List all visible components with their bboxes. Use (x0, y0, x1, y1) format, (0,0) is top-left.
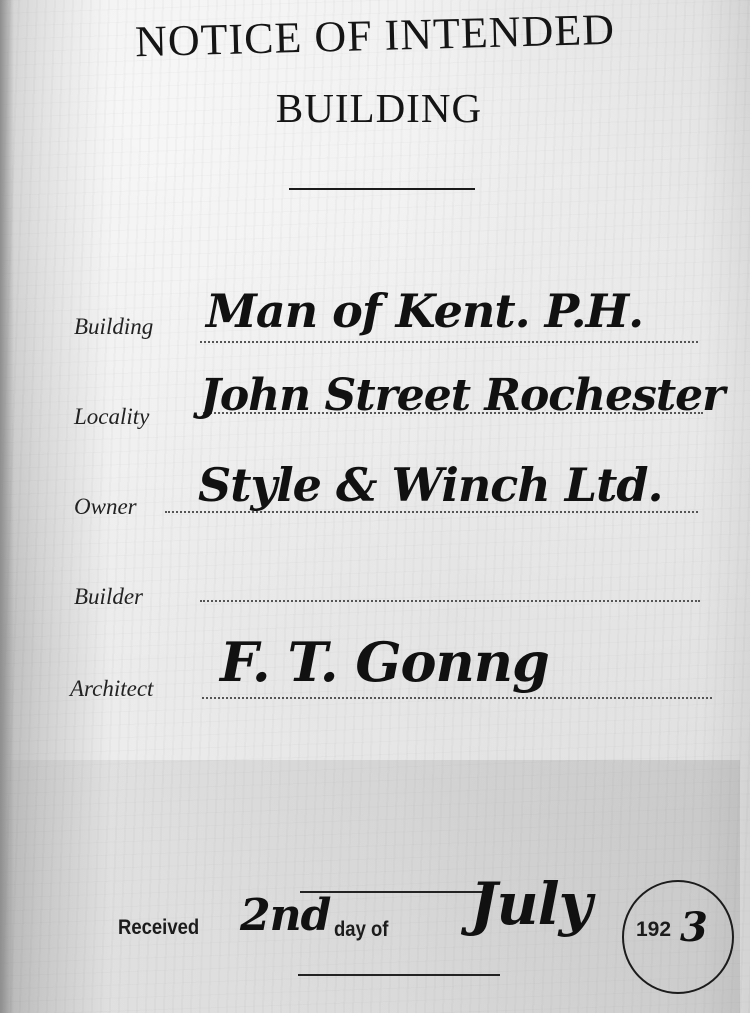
locality-value: John Street Rochester (200, 370, 724, 421)
architect-label: Architect (70, 676, 153, 702)
locality-label: Locality (74, 404, 149, 430)
builder-label: Builder (74, 584, 143, 610)
day-of-label: day of (334, 918, 388, 942)
year-handwritten-digit: 3 (680, 904, 707, 951)
date-lower-rule (298, 974, 500, 976)
year-printed-prefix: 192 (636, 918, 671, 942)
received-day-value: 2nd (240, 890, 330, 941)
owner-label: Owner (74, 494, 137, 520)
building-label: Building (74, 314, 153, 340)
owner-value: Style & Winch Ltd. (198, 458, 663, 512)
architect-dotted-line (202, 697, 712, 699)
architect-value: F. T. Gonng (220, 630, 549, 694)
builder-dotted-line (200, 600, 700, 602)
building-dotted-line (200, 341, 698, 343)
received-label: Received (118, 916, 199, 940)
received-month-value: July (470, 870, 591, 938)
building-value: Man of Kent. P.H. (206, 284, 643, 338)
title-divider (289, 188, 475, 190)
document-title-line-2: BUILDING (4, 84, 750, 132)
